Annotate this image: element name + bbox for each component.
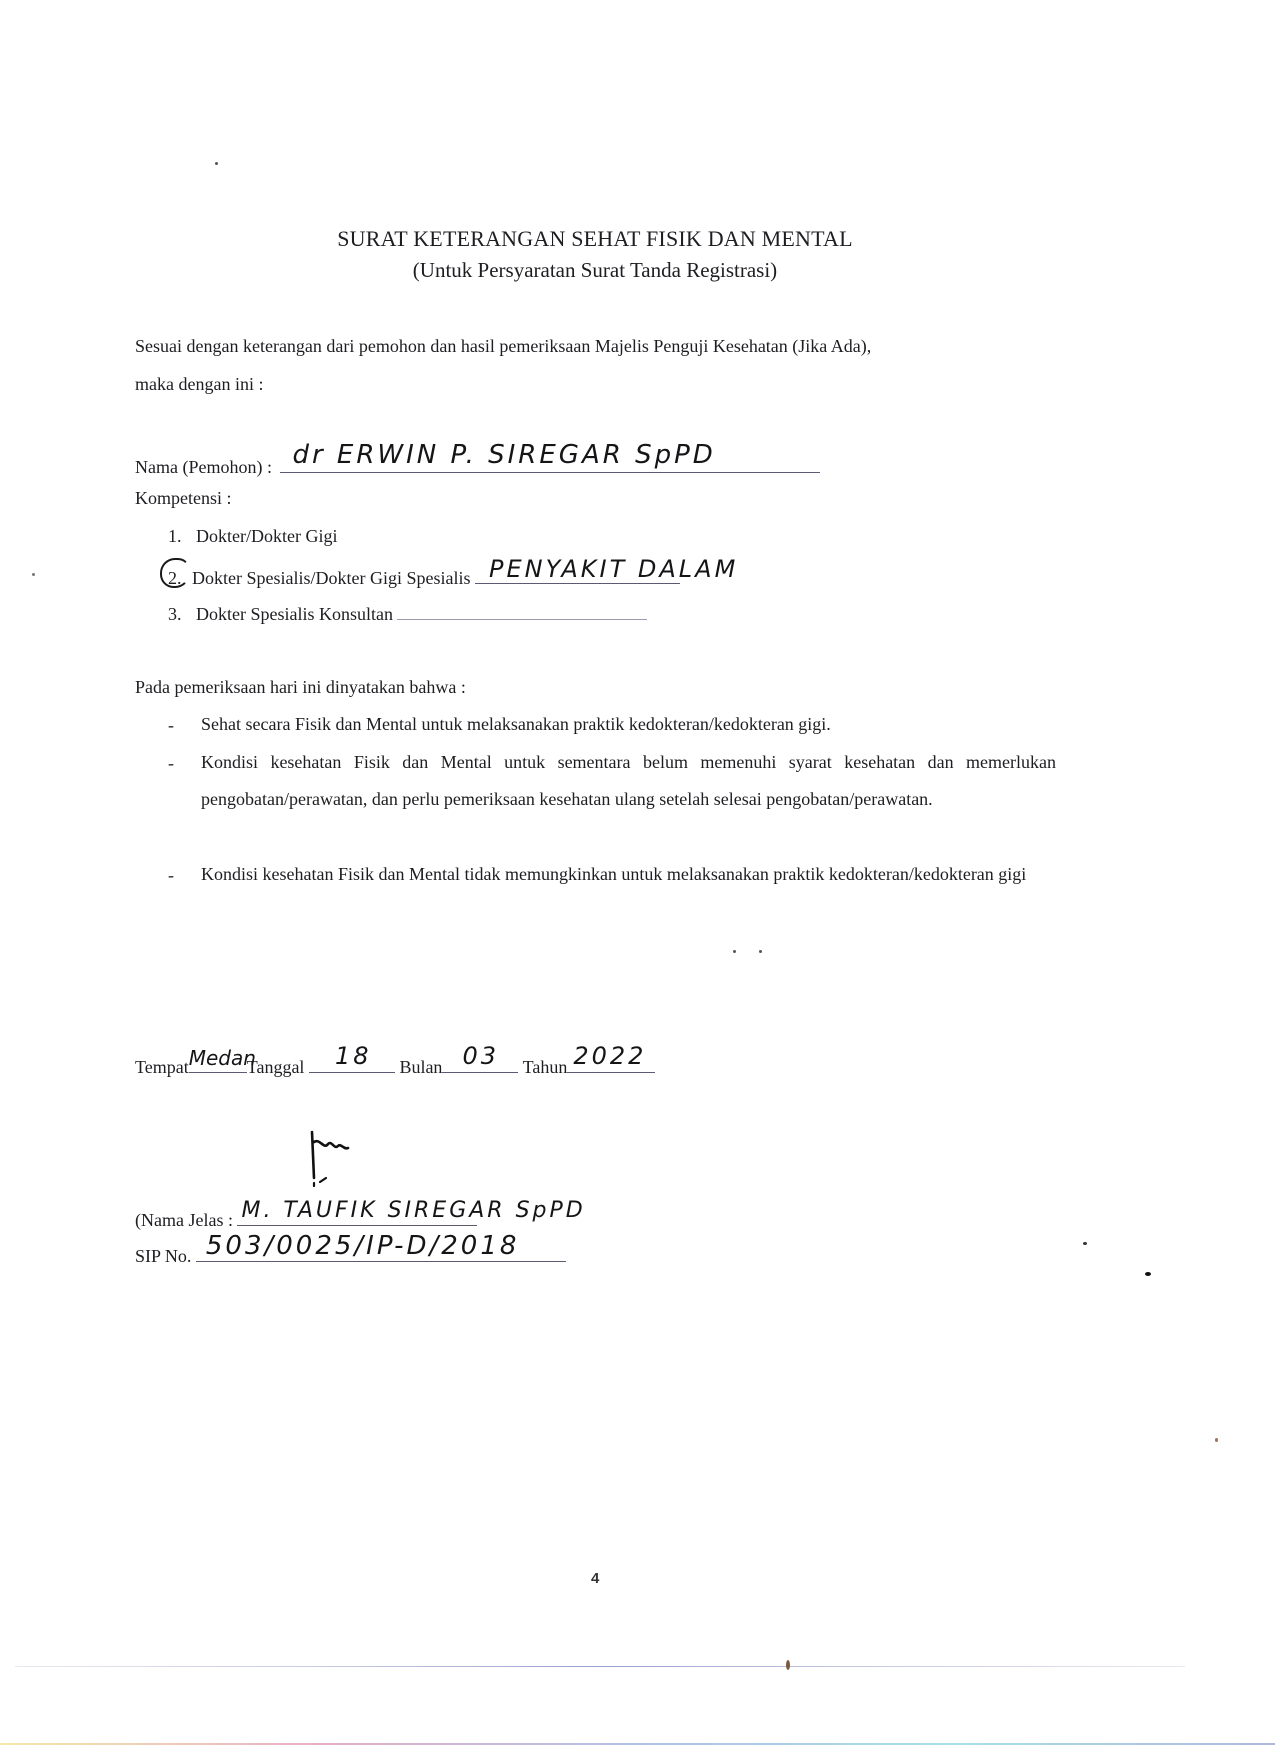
statement-3: Kondisi kesehatan Fisik dan Mental tidak… bbox=[201, 856, 1056, 893]
competence-option-3[interactable]: 3. Dokter Spesialis Konsultan bbox=[168, 601, 647, 625]
month-label: Bulan bbox=[399, 1057, 442, 1077]
scan-speck bbox=[32, 573, 35, 576]
scan-speck bbox=[1215, 1438, 1218, 1442]
signature-mark bbox=[300, 1128, 370, 1188]
sip-row: SIP No. 503/0025/IP-D/2018 bbox=[135, 1239, 566, 1267]
month-value: 03 bbox=[462, 1042, 499, 1070]
year-field[interactable]: 2022 bbox=[567, 1052, 655, 1073]
scan-line-artifact bbox=[15, 1666, 1185, 1667]
competence-option-1[interactable]: 1. Dokter/Dokter Gigi bbox=[168, 526, 337, 547]
statement-2: Kondisi kesehatan Fisik dan Mental untuk… bbox=[201, 744, 1056, 818]
option-label: Dokter Spesialis/Dokter Gigi Spesialis bbox=[192, 568, 470, 588]
document-title: SURAT KETERANGAN SEHAT FISIK DAN MENTAL bbox=[0, 226, 1190, 252]
scan-speck bbox=[1083, 1242, 1087, 1245]
scan-speck bbox=[1145, 1272, 1151, 1276]
specialty-value: PENYAKIT DALAM bbox=[489, 555, 738, 583]
name-field[interactable]: M. TAUFIK SIREGAR SpPD bbox=[237, 1203, 477, 1226]
statement-bullet: - bbox=[168, 715, 174, 736]
exam-intro: Pada pemeriksaan hari ini dinyatakan bah… bbox=[135, 677, 466, 698]
intro-line-1: Sesuai dengan keterangan dari pemohon da… bbox=[135, 336, 871, 357]
place-value: Medan bbox=[189, 1046, 256, 1070]
day-field[interactable]: 18 bbox=[309, 1052, 395, 1073]
sip-label: SIP No. bbox=[135, 1246, 191, 1266]
statement-bullet: - bbox=[168, 753, 174, 774]
place-field[interactable]: Medan bbox=[189, 1052, 247, 1073]
consultant-field[interactable] bbox=[397, 601, 647, 620]
applicant-row: Nama (Pemohon) : dr ERWIN P. SIREGAR SpP… bbox=[135, 450, 820, 478]
day-value: 18 bbox=[335, 1042, 372, 1070]
intro-line-2: maka dengan ini : bbox=[135, 374, 263, 395]
document-subtitle: (Untuk Persyaratan Surat Tanda Registras… bbox=[0, 258, 1190, 283]
place-date-row: TempatMedanTanggal 18 Bulan03 Tahun2022 bbox=[135, 1052, 655, 1078]
month-field[interactable]: 03 bbox=[442, 1052, 518, 1073]
option-label: Dokter Spesialis Konsultan bbox=[196, 604, 393, 624]
competence-label: Kompetensi : bbox=[135, 488, 232, 509]
scan-speck bbox=[215, 162, 218, 165]
specialty-field[interactable]: PENYAKIT DALAM bbox=[475, 563, 680, 584]
signatory-name-row: (Nama Jelas : M. TAUFIK SIREGAR SpPD bbox=[135, 1203, 477, 1231]
year-value: 2022 bbox=[573, 1042, 646, 1070]
applicant-label: Nama (Pemohon) : bbox=[135, 457, 272, 477]
scan-edge-artifact bbox=[0, 1743, 1275, 1745]
page-number: 4 bbox=[591, 1570, 599, 1587]
sip-value: 503/0025/IP-D/2018 bbox=[206, 1231, 520, 1261]
sip-field[interactable]: 503/0025/IP-D/2018 bbox=[196, 1239, 566, 1262]
option-number: 1. bbox=[168, 526, 182, 546]
competence-option-2[interactable]: 2. Dokter Spesialis/Dokter Gigi Spesiali… bbox=[168, 563, 680, 589]
option-label: Dokter/Dokter Gigi bbox=[196, 526, 337, 546]
name-label: (Nama Jelas : bbox=[135, 1210, 233, 1230]
applicant-value: dr ERWIN P. SIREGAR SpPD bbox=[292, 440, 715, 470]
option-number: 3. bbox=[168, 604, 182, 624]
scan-speck bbox=[786, 1660, 790, 1670]
statement-bullet: - bbox=[168, 865, 174, 886]
statement-1: Sehat secara Fisik dan Mental untuk mela… bbox=[201, 706, 1056, 743]
applicant-field[interactable]: dr ERWIN P. SIREGAR SpPD bbox=[280, 450, 820, 473]
year-label: Tahun bbox=[523, 1057, 568, 1077]
name-value: M. TAUFIK SIREGAR SpPD bbox=[241, 1198, 585, 1223]
option-number: 2. bbox=[168, 568, 182, 588]
scan-speck bbox=[733, 950, 736, 953]
place-label: Tempat bbox=[135, 1057, 189, 1077]
scan-speck bbox=[759, 950, 762, 953]
